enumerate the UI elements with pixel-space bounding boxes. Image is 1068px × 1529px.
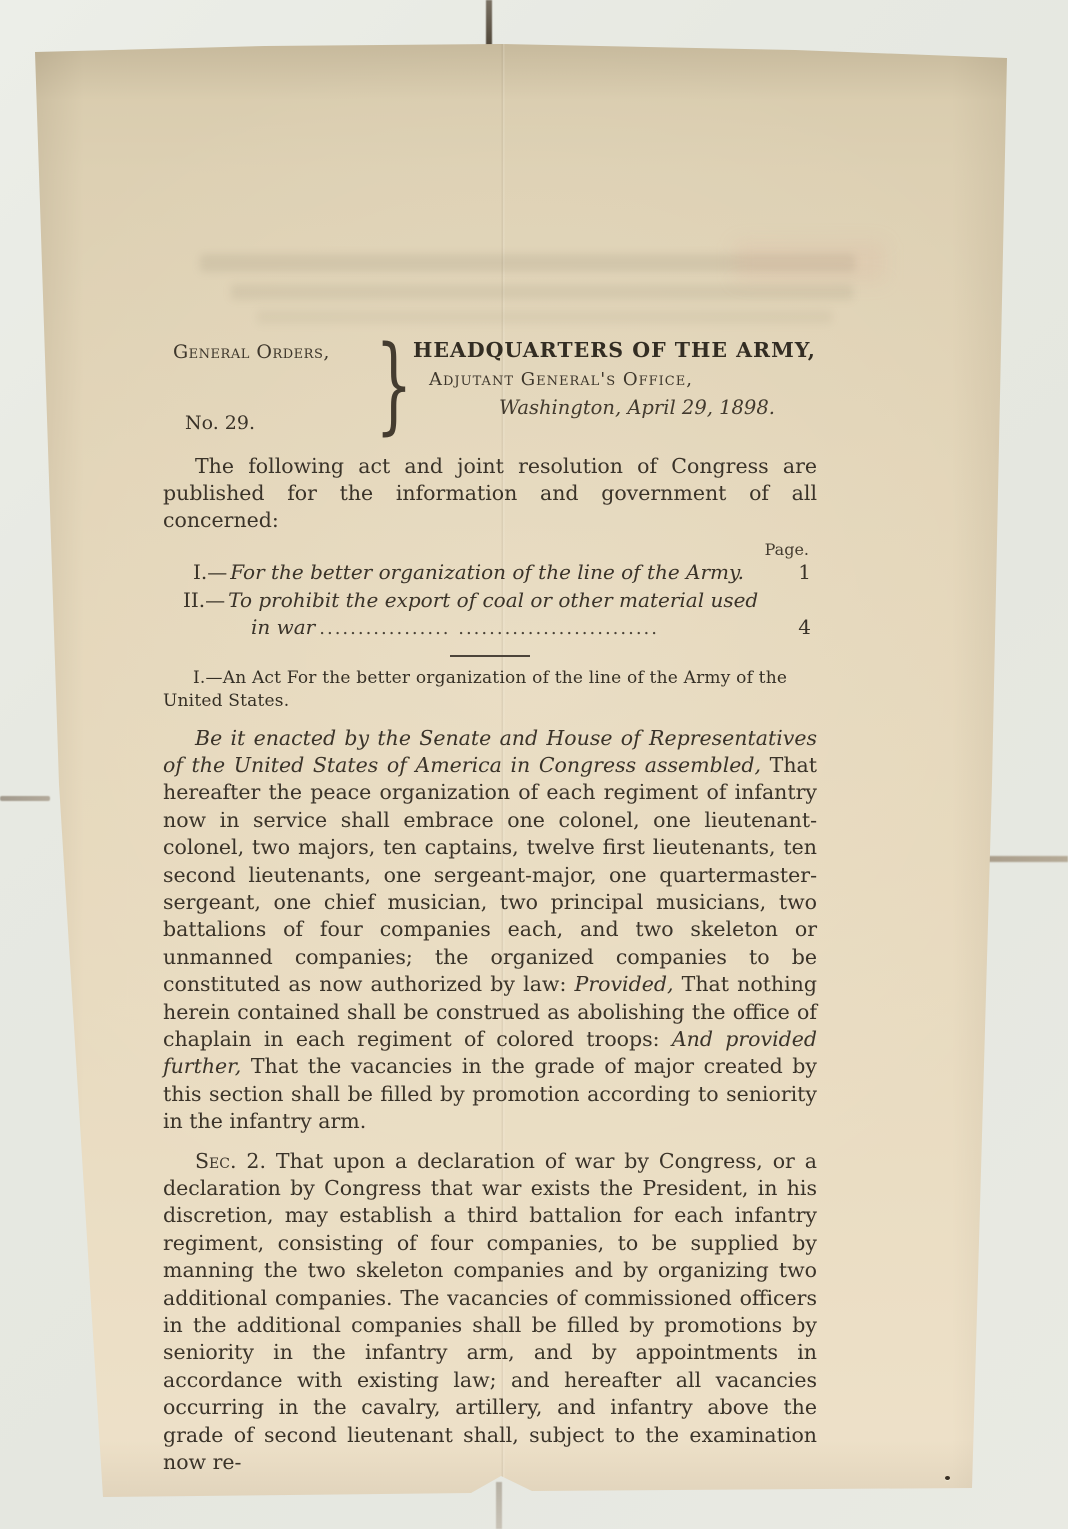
toc-item-1: I.— For the better organization of the l… — [163, 559, 817, 587]
document-content: General Orders, No. 29. } HEADQUARTERS O… — [163, 336, 817, 1476]
toc-item-page: 1 — [785, 559, 817, 587]
tile-grout-bottom — [496, 1482, 502, 1529]
dot-leader: ................. ......................… — [319, 615, 781, 643]
act-section2-paragraph: Sec. 2. That upon a declaration of war b… — [163, 1148, 817, 1477]
general-orders-label: General Orders, — [173, 341, 375, 363]
adjutant-office-line: Adjutant General's Office, — [429, 369, 817, 390]
toc-item-number: II.— — [183, 587, 225, 615]
page-column-label: Page. — [163, 540, 817, 559]
toc-item-title: To prohibit the export of coal or other … — [228, 587, 758, 615]
toc-item-2: II.— To prohibit the export of coal or o… — [163, 587, 817, 615]
tile-grout-right — [980, 856, 1068, 862]
brace-glyph: } — [375, 336, 413, 436]
section-divider — [450, 655, 530, 657]
pin-hole-left — [77, 1464, 82, 1468]
section1-text-3: That the vacancies in the grade of major… — [163, 1054, 817, 1133]
enacting-clause: Be it enacted by the Senate and House of… — [163, 726, 817, 777]
masthead-left-column: General Orders, No. 29. — [163, 336, 375, 436]
toc-item-title-continued: in war — [251, 614, 315, 642]
bleed-through-text — [231, 284, 853, 300]
order-number: No. 29. — [173, 412, 375, 434]
section1-text-1: That hereafter the peace organization of… — [163, 753, 817, 996]
paper-stain — [735, 242, 885, 282]
toc-item-title: For the better organization of the line … — [230, 559, 744, 587]
toc-item-page: 4 — [785, 614, 817, 642]
toc-item-2-continued: in war ................. ...............… — [163, 614, 817, 643]
section2-text: That upon a declaration of war by Congre… — [163, 1149, 817, 1474]
bleed-through-text — [257, 310, 832, 324]
tile-grout-left — [0, 796, 50, 801]
proviso-1: Provided, — [575, 972, 674, 996]
masthead-right-column: HEADQUARTERS OF THE ARMY, Adjutant Gener… — [413, 336, 817, 436]
act-section1-paragraph: Be it enacted by the Senate and House of… — [163, 725, 817, 1136]
dateline: Washington, April 29, 1898. — [499, 396, 817, 419]
photo-scene: General Orders, No. 29. } HEADQUARTERS O… — [0, 0, 1068, 1529]
headquarters-line: HEADQUARTERS OF THE ARMY, — [413, 338, 817, 362]
masthead: General Orders, No. 29. } HEADQUARTERS O… — [163, 336, 817, 436]
document-paper: General Orders, No. 29. } HEADQUARTERS O… — [35, 42, 1010, 1498]
table-of-contents: I.— For the better organization of the l… — [163, 559, 817, 643]
act-heading: I.—An Act For the better organization of… — [163, 667, 817, 713]
brace-character: } — [375, 333, 412, 438]
intro-paragraph: The following act and joint resolution o… — [163, 453, 817, 534]
section2-label: Sec. 2. — [195, 1149, 266, 1173]
toc-item-number: I.— — [193, 559, 227, 587]
pin-hole-right — [945, 1476, 950, 1480]
